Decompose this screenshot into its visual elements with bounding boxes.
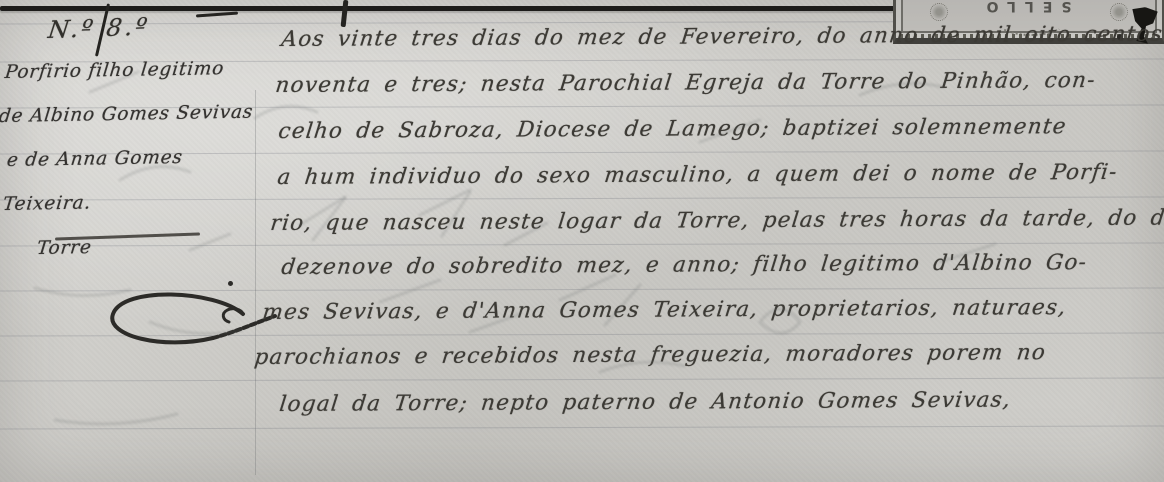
ink-dot (228, 281, 233, 286)
text-line: parochianos e recebidos nesta freguezia,… (253, 340, 1047, 370)
margin-line: Torre (36, 237, 93, 259)
text-line: logal da Torre; nepto paterno de Antonio… (278, 388, 1012, 417)
text-line: mes Sevivas, e d'Anna Gomes Teixeira, pr… (261, 295, 1068, 325)
text-line: noventa e tres; nesta Parochial Egreja d… (274, 68, 1097, 98)
top-rule (0, 6, 897, 11)
margin-line: e de Anna Gomes (6, 147, 184, 171)
margin-rule (255, 90, 256, 475)
text-line: a hum individuo do sexo masculino, a que… (276, 160, 1119, 190)
stamp-label: SELLO (896, 0, 1162, 14)
text-line: celho de Sabroza, Diocese de Lamego; bap… (277, 114, 1068, 144)
margin-line: de Albino Gomes Sevivas (0, 102, 254, 127)
scanned-baptism-record: SELLO N.º 8.º Porfirio filho legitimo de… (0, 0, 1164, 482)
text-line: dezenove do sobredito mez, e anno; filho… (280, 250, 1089, 280)
margin-line: Porfirio filho legitimo (4, 58, 226, 83)
margin-line: Teixeira. (2, 192, 92, 215)
record-number: N.º 8.º (47, 12, 152, 44)
